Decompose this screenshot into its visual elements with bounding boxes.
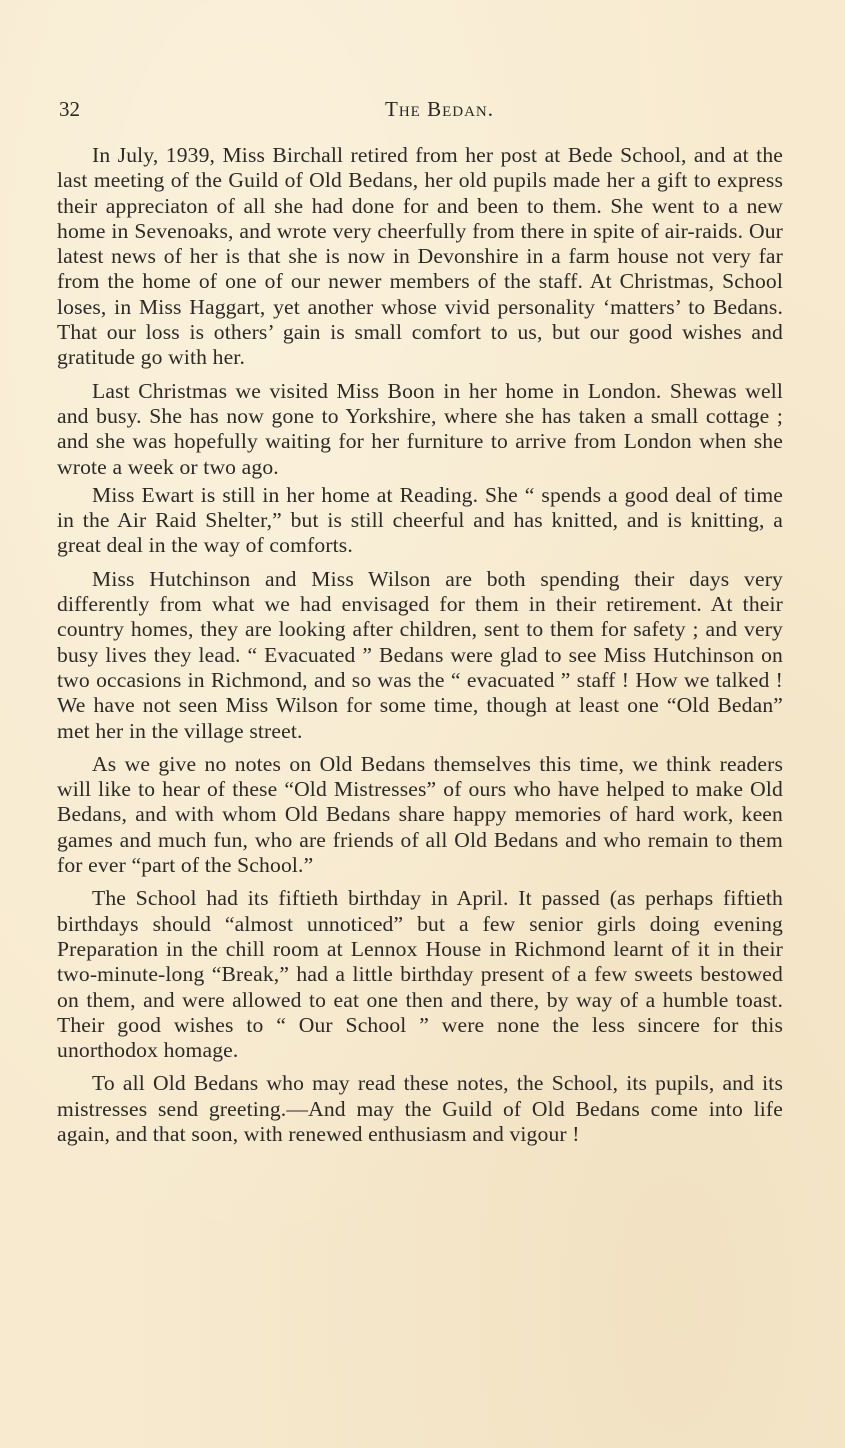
paragraph-greeting: To all Old Bedans who may read these not… (57, 1071, 783, 1147)
article-body: In July, 1939, Miss Birchall retired fro… (57, 143, 783, 1155)
paragraph-fiftieth-birthday: The School had its fiftieth birthday in … (57, 886, 783, 1063)
journal-title: The Bedan. (57, 97, 782, 122)
paragraph-hutchinson-wilson: Miss Hutchinson and Miss Wilson are both… (57, 567, 783, 744)
paragraph-miss-boon: Last Christmas we visited Miss Boon in h… (57, 379, 783, 480)
paragraph-miss-ewart: Miss Ewart is still in her home at Readi… (57, 483, 783, 559)
paragraph-old-mistresses: As we give no notes on Old Bedans themse… (57, 752, 783, 878)
running-head: 32 The Bedan. (57, 97, 782, 127)
scanned-page: 32 The Bedan. In July, 1939, Miss Bircha… (0, 0, 845, 1448)
paragraph-miss-birchall: In July, 1939, Miss Birchall retired fro… (57, 143, 783, 371)
